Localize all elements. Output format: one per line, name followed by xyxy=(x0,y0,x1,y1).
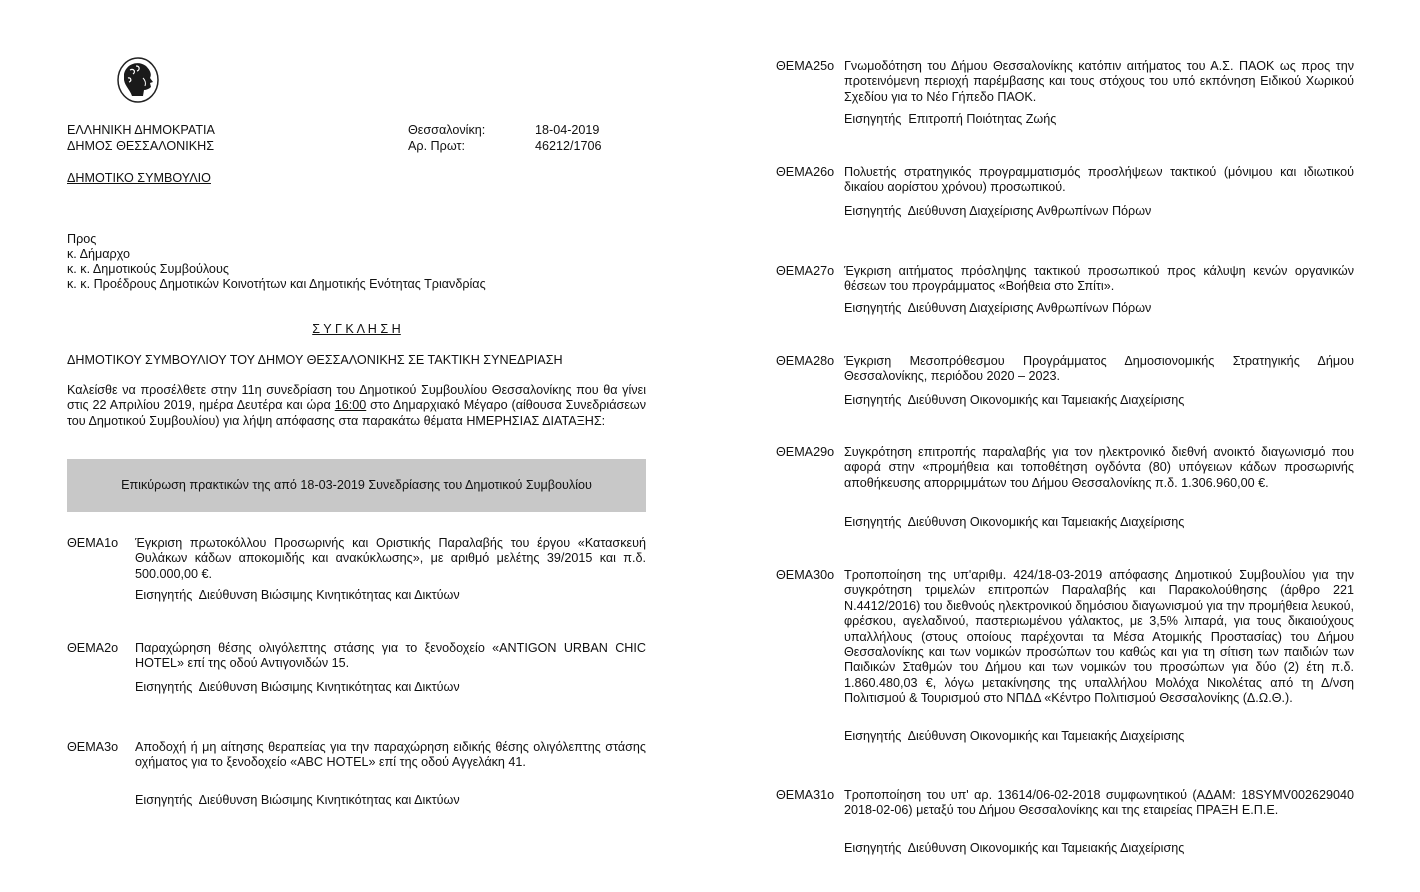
item-text: Έγκριση αιτήματος πρόσληψης τακτικού προ… xyxy=(844,264,1354,295)
council-heading: ΔΗΜΟΤΙΚΟ ΣΥΜΒΟΥΛΙΟ xyxy=(67,171,211,186)
document-date: 18-04-2019 xyxy=(535,123,599,138)
item-rapporteur: Εισηγητής Επιτροπή Ποιότητας Ζωής xyxy=(844,112,1056,127)
ratification-text: Επικύρωση πρακτικών της από 18-03-2019 Σ… xyxy=(121,478,592,493)
protocol-number: 46212/1706 xyxy=(535,139,602,154)
item-rapporteur: Εισηγητής Διεύθυνση Διαχείρισης Ανθρωπίν… xyxy=(844,204,1151,219)
item-rapporteur: Εισηγητής Διεύθυνση Βιώσιμης Κινητικότητ… xyxy=(135,588,460,603)
item-label: ΘΕΜΑ28ο xyxy=(776,354,834,369)
item-label: ΘΕΜΑ26ο xyxy=(776,165,834,180)
summons-title: Σ Υ Γ Κ Λ Η Σ Η xyxy=(67,322,646,337)
item-rapporteur: Εισηγητής Διεύθυνση Οικονομικής και Ταμε… xyxy=(844,393,1184,408)
meeting-time: 16:00 xyxy=(335,398,367,412)
item-rapporteur: Εισηγητής Διεύθυνση Βιώσιμης Κινητικότητ… xyxy=(135,793,460,808)
item-text: Τροποποίηση του υπ' αρ. 13614/06-02-2018… xyxy=(844,788,1354,819)
recipients-label: Προς xyxy=(67,232,96,247)
place-label: Θεσσαλονίκη: xyxy=(408,123,485,138)
summons-subtitle: ΔΗΜΟΤΙΚΟΥ ΣΥΜΒΟΥΛΙΟΥ ΤΟΥ ΔΗΜΟΥ ΘΕΣΣΑΛΟΝΙ… xyxy=(67,353,563,368)
item-label: ΘΕΜΑ30ο xyxy=(776,568,834,583)
item-rapporteur: Εισηγητής Διεύθυνση Οικονομικής και Ταμε… xyxy=(844,515,1184,530)
item-text: Γνωμοδότηση του Δήμου Θεσσαλονίκης κατόπ… xyxy=(844,59,1354,105)
item-text: Έγκριση Μεσοπρόθεσμου Προγράμματος Δημοσ… xyxy=(844,354,1354,385)
item-text: Πολυετής στρατηγικός προγραμματισμός προ… xyxy=(844,165,1354,196)
country-heading: ΕΛΛΗΝΙΚΗ ΔΗΜΟΚΡΑΤΙΑ xyxy=(67,123,215,138)
item-label: ΘΕΜΑ25ο xyxy=(776,59,834,74)
item-rapporteur: Εισηγητής Διεύθυνση Βιώσιμης Κινητικότητ… xyxy=(135,680,460,695)
item-text: Αποδοχή ή μη αίτησης θεραπείας για την π… xyxy=(135,740,646,771)
item-label: ΘΕΜΑ1ο xyxy=(67,536,118,551)
item-text: Συγκρότηση επιτροπής παραλαβής για τον η… xyxy=(844,445,1354,491)
item-label: ΘΕΜΑ2ο xyxy=(67,641,118,656)
municipality-emblem-icon xyxy=(116,56,160,104)
intro-paragraph: Καλείσθε να προσέλθετε στην 11η συνεδρία… xyxy=(67,383,646,429)
item-label: ΘΕΜΑ3ο xyxy=(67,740,118,755)
item-label: ΘΕΜΑ31ο xyxy=(776,788,834,803)
item-label: ΘΕΜΑ27ο xyxy=(776,264,834,279)
item-rapporteur: Εισηγητής Διεύθυνση Διαχείρισης Ανθρωπίν… xyxy=(844,301,1151,316)
ratification-box: Επικύρωση πρακτικών της από 18-03-2019 Σ… xyxy=(67,459,646,512)
recipient-line: κ. κ. Προέδρους Δημοτικών Κοινοτήτων και… xyxy=(67,277,486,292)
item-text: Παραχώρηση θέσης ολιγόλεπτης στάσης για … xyxy=(135,641,646,672)
recipient-line: κ. κ. Δημοτικούς Συμβούλους xyxy=(67,262,229,277)
item-text: Τροποποίηση της υπ'αριθμ. 424/18-03-2019… xyxy=(844,568,1354,707)
recipient-line: κ. Δήμαρχο xyxy=(67,247,130,262)
item-text: Έγκριση πρωτοκόλλου Προσωρινής και Οριστ… xyxy=(135,536,646,582)
municipality-heading: ΔΗΜΟΣ ΘΕΣΣΑΛΟΝΙΚΗΣ xyxy=(67,139,214,154)
item-rapporteur: Εισηγητής Διεύθυνση Οικονομικής και Ταμε… xyxy=(844,841,1184,856)
item-label: ΘΕΜΑ29ο xyxy=(776,445,834,460)
protocol-label: Αρ. Πρωτ: xyxy=(408,139,465,154)
item-rapporteur: Εισηγητής Διεύθυνση Οικονομικής και Ταμε… xyxy=(844,729,1184,744)
